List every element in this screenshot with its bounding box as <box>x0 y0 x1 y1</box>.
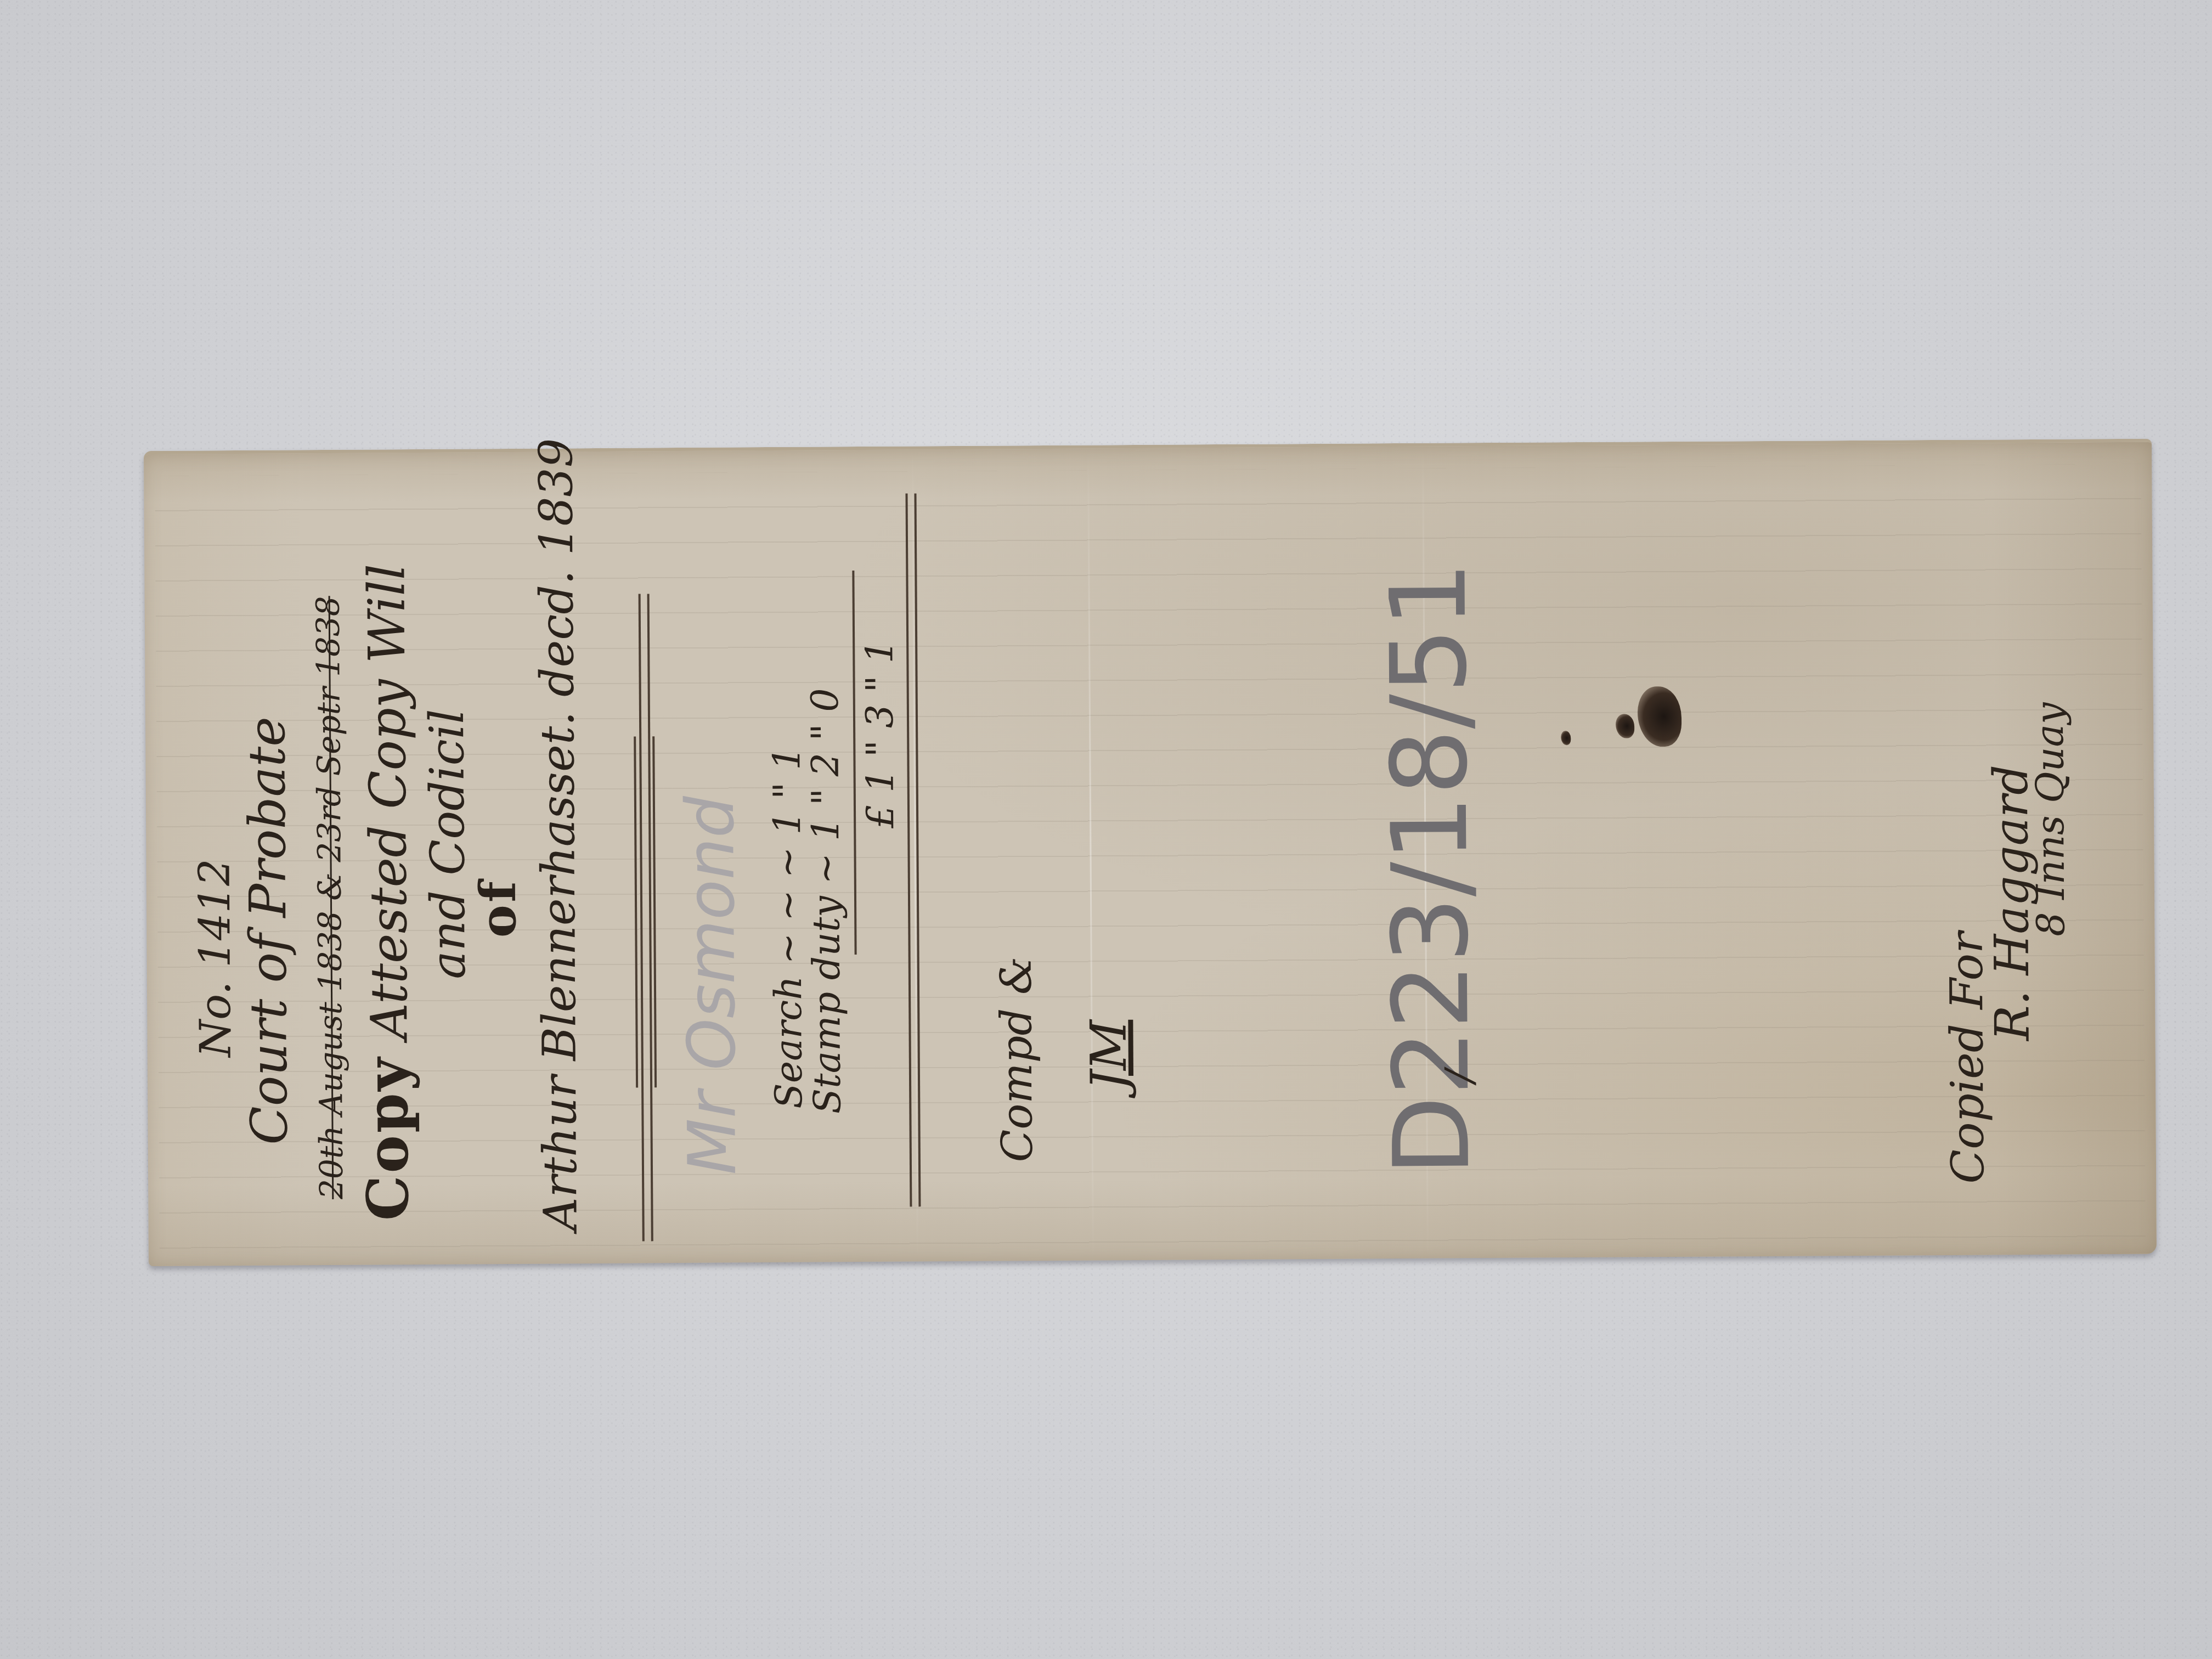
deceased-name: Arthur Blennerhasset. decd. 1839 <box>529 438 588 1231</box>
struck-dates: 20th August 1838 & 23rd Septr 1838 <box>309 596 351 1199</box>
title-rest: Attested Copy Will <box>357 563 419 1040</box>
compared-initials: JM <box>1080 1020 1138 1091</box>
archive-reference: D223/18/51 <box>1368 561 1493 1176</box>
total-amount: 1 " 3 " 1 <box>858 640 902 793</box>
ink-blot <box>1616 714 1634 738</box>
fee-label: Stamp duty ~ <box>804 853 849 1114</box>
reference-mark: / <box>1437 1070 1482 1083</box>
probate-document: No. 1412 Court of Probate 20th August 18… <box>144 439 2157 1266</box>
compared-label: Compd & <box>992 956 1042 1162</box>
fee-total: £ 1 " 3 " 1 <box>858 640 902 828</box>
double-rule <box>905 493 921 1206</box>
document-number: No. 1412 <box>190 859 241 1057</box>
title-line-2: and Codicil <box>420 709 476 979</box>
fee-row-stamp-duty: Stamp duty ~ 1 " 2 " 0 <box>804 688 850 1114</box>
total-rule <box>852 571 859 955</box>
total-label: £ <box>859 804 902 828</box>
ink-blot <box>1638 686 1682 747</box>
document-title: Copy Attested Copy Will <box>350 563 421 1221</box>
ink-blot <box>1561 731 1571 745</box>
pencil-note: Mr Osmond <box>673 796 751 1175</box>
title-gothic: Copy <box>353 1056 422 1221</box>
fold-line <box>1087 448 1094 1260</box>
double-rule <box>634 736 657 1087</box>
fee-amount: 1 " 2 " 0 <box>804 688 848 841</box>
court-name: Court of Probate <box>238 716 299 1145</box>
fee-amount: 1 " 1 <box>765 746 809 835</box>
of-label: of <box>469 879 528 938</box>
copied-for-address: 8 Inns Quay <box>2027 702 2074 936</box>
